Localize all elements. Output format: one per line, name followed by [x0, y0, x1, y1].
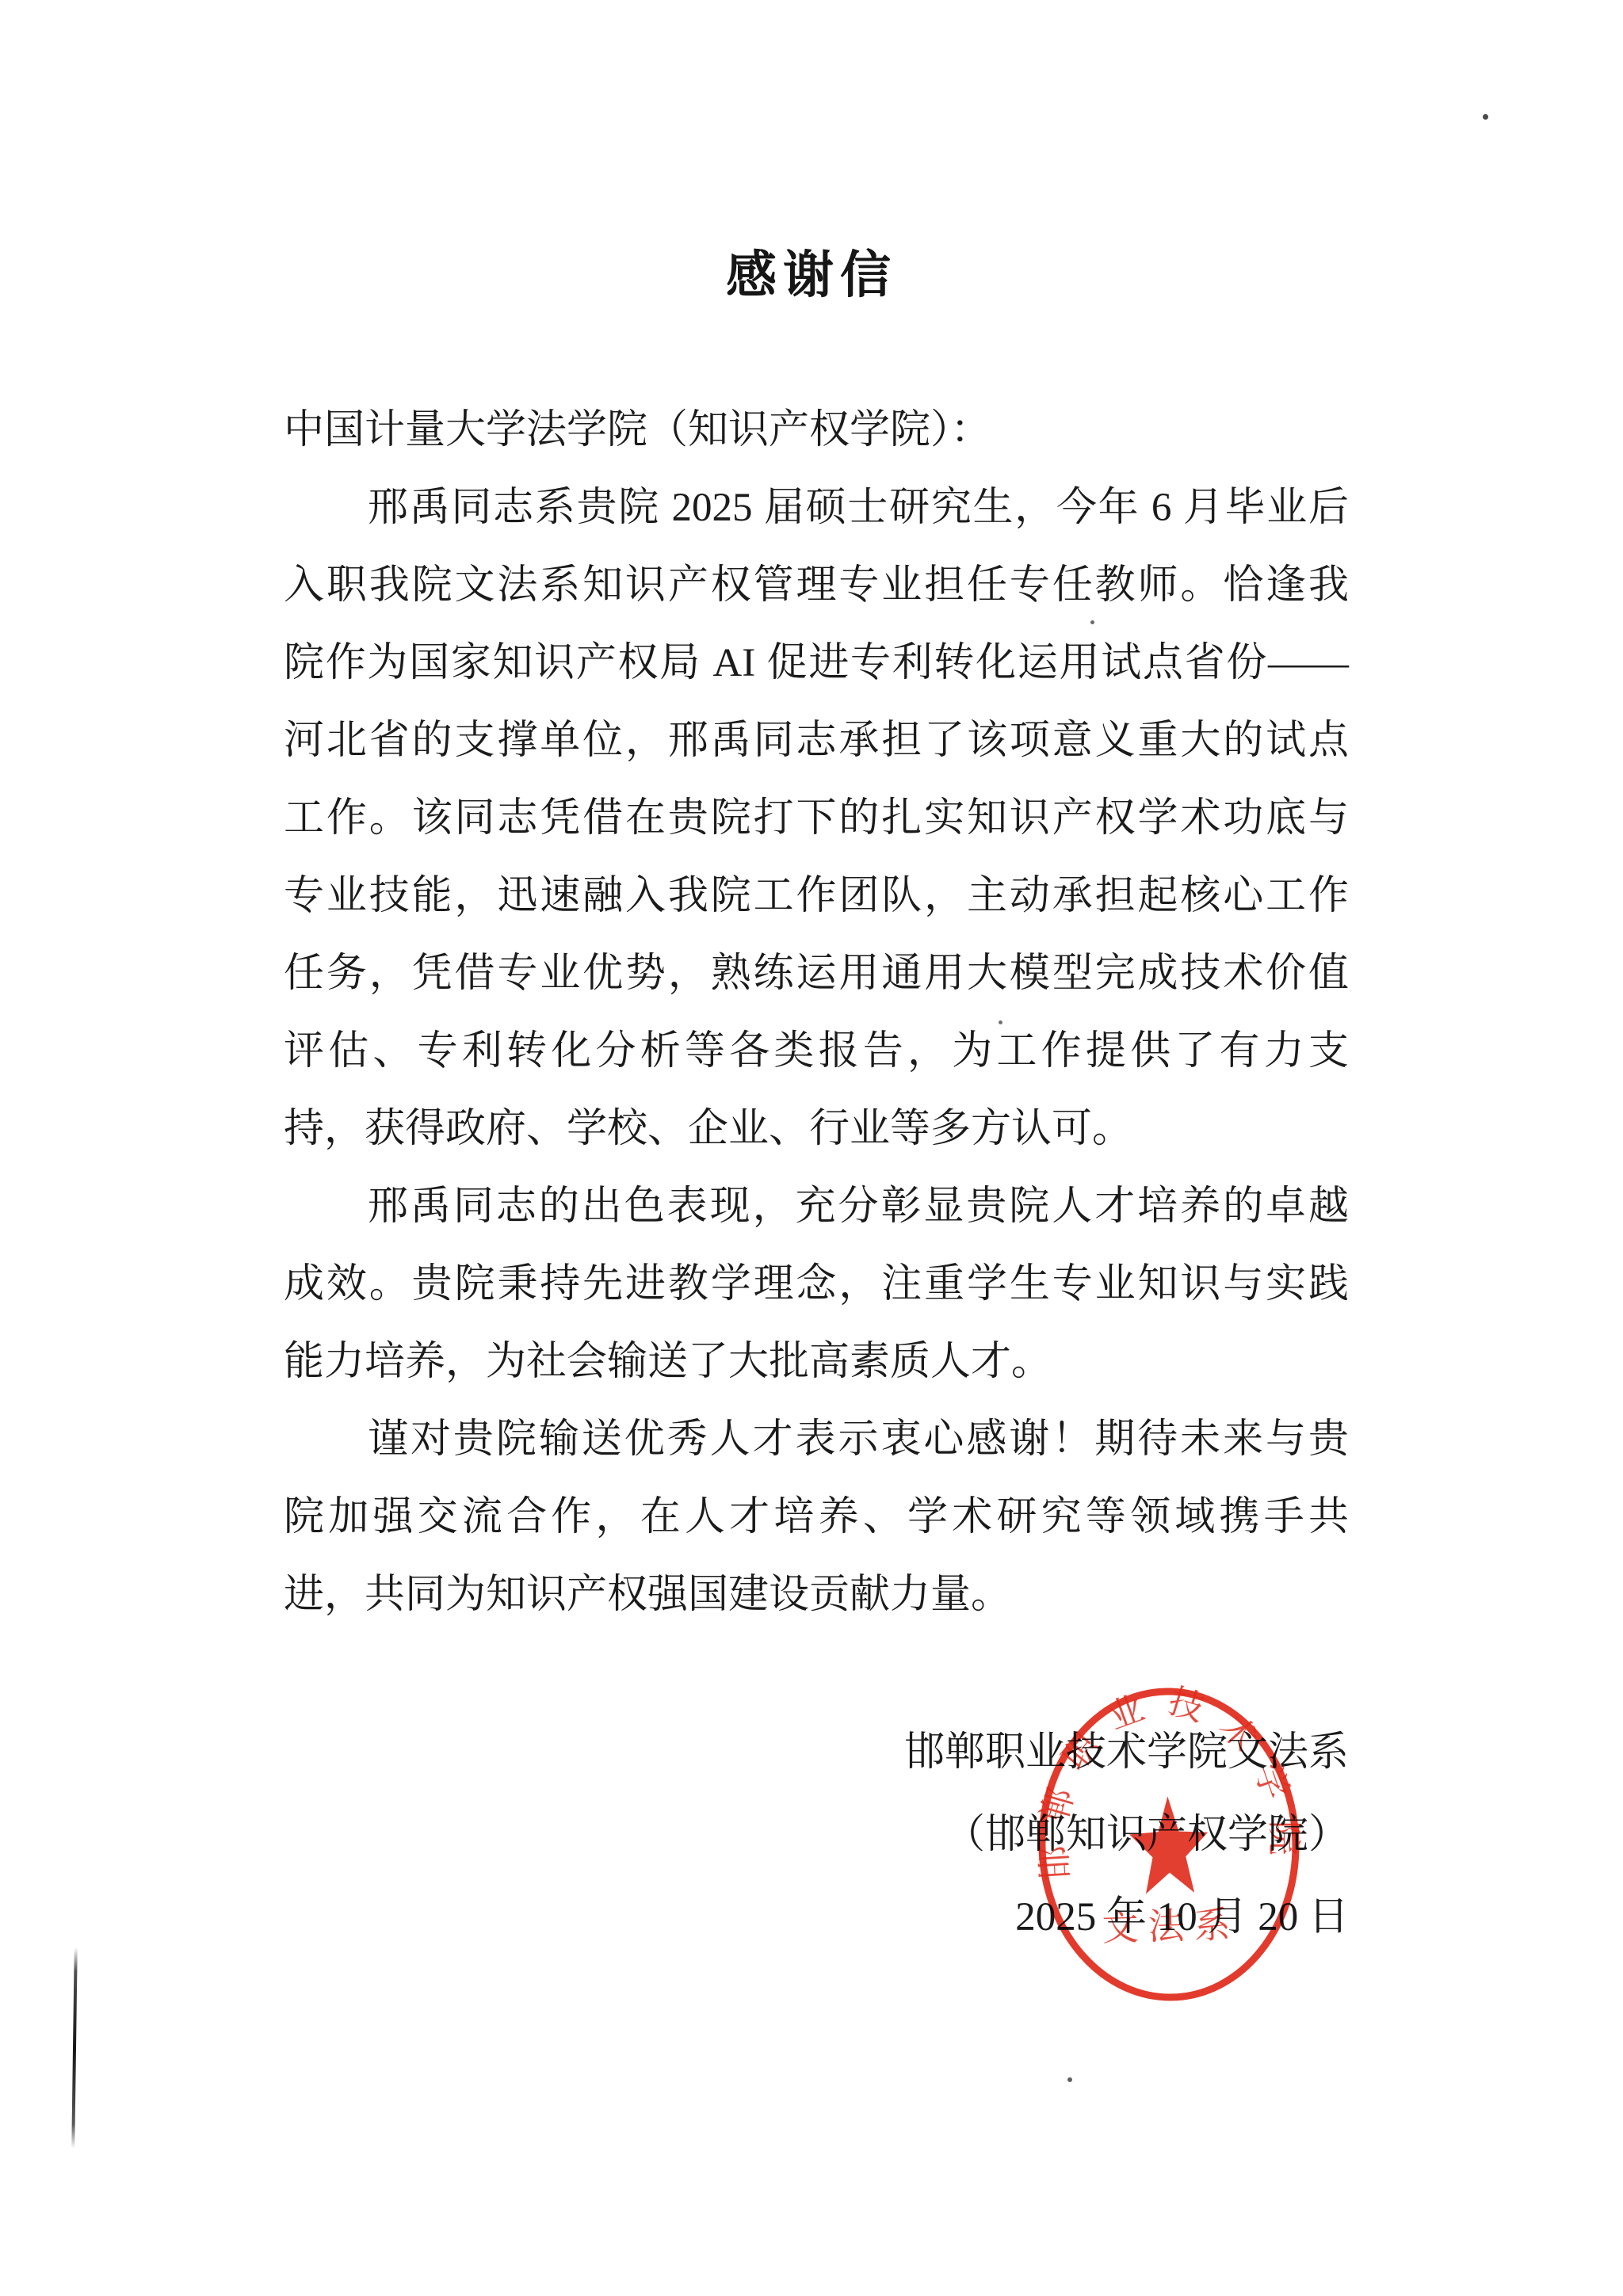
body-line: 成效。贵院秉持先进教学理念，注重学生专业知识与实践 [284, 1245, 1349, 1323]
body-line: 院作为国家知识产权局 AI 促进专利转化运用试点省份—— [284, 624, 1349, 702]
scan-artifact-vertical-line [71, 1947, 78, 2149]
scan-speck [999, 1020, 1002, 1024]
scanned-letter-page: 感谢信 中国计量大学法学院（知识产权学院）： 邢禹同志系贵院 2025 届硕士研… [0, 0, 1623, 2296]
scan-speck [1090, 620, 1094, 624]
body-line: 邢禹同志系贵院 2025 届硕士研究生，今年 6 月毕业后 [284, 469, 1349, 547]
salutation-line: 中国计量大学法学院（知识产权学院）： [284, 391, 1349, 469]
body-line: 入职我院文法系知识产权管理专业担任专任教师。恰逢我 [284, 547, 1349, 624]
official-seal: 邯郸职业技术学院 文法系 [1010, 1656, 1328, 2036]
red-star-icon [1128, 1795, 1209, 1894]
body-line: 院加强交流合作，在人才培养、学术研究等领域携手共 [284, 1478, 1349, 1556]
body-line: 谨对贵院输送优秀人才表示衷心感谢！期待未来与贵 [284, 1401, 1349, 1478]
scan-speck [1483, 114, 1488, 120]
body-line: 评估、专利转化分析等各类报告，为工作提供了有力支 [284, 1013, 1349, 1090]
body-line: 专业技能，迅速融入我院工作团队，主动承担起核心工作 [284, 857, 1349, 935]
letter-body: 中国计量大学法学院（知识产权学院）： 邢禹同志系贵院 2025 届硕士研究生，今… [284, 391, 1349, 1634]
body-line: 任务，凭借专业优势，熟练运用通用大模型完成技术价值 [284, 935, 1349, 1013]
body-line: 持，获得政府、学校、企业、行业等多方认可。 [284, 1090, 1349, 1168]
body-line: 邢禹同志的出色表现，充分彰显贵院人才培养的卓越 [284, 1168, 1349, 1245]
body-line: 进，共同为知识产权强国建设贡献力量。 [284, 1556, 1349, 1634]
letter-title: 感谢信 [0, 235, 1623, 307]
body-line: 工作。该同志凭借在贵院打下的扎实知识产权学术功底与 [284, 780, 1349, 857]
seal-bottom-text: 文法系 [1102, 1905, 1240, 1949]
body-line: 河北省的支撑单位，邢禹同志承担了该项意义重大的试点 [284, 702, 1349, 780]
scan-speck [1067, 2077, 1072, 2082]
body-line: 能力培养，为社会输送了大批高素质人才。 [284, 1323, 1349, 1401]
